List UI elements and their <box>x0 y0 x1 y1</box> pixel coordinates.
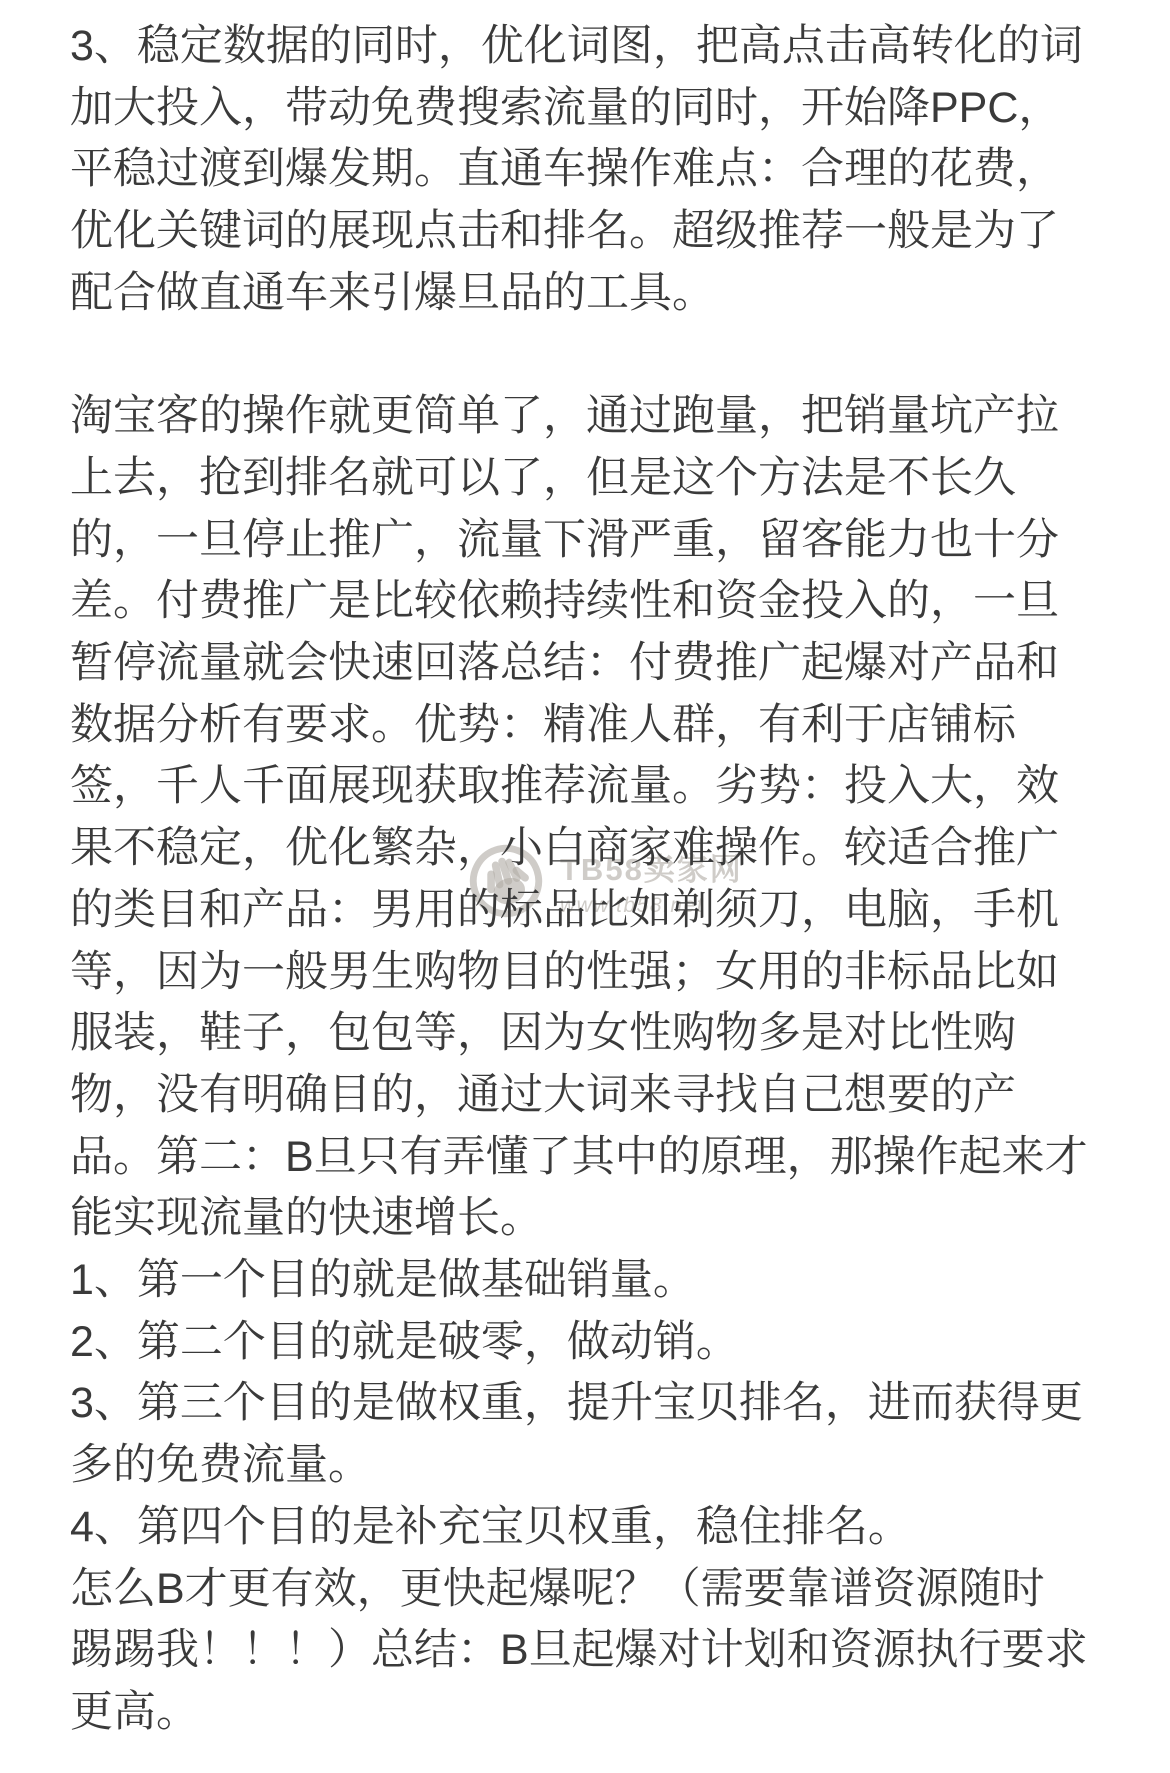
text-line: 物，没有明确目的，通过大词来寻找自己想要的产 <box>70 1065 1115 1127</box>
text-line: 配合做直通车来引爆旦品的工具。 <box>70 263 1115 325</box>
text-line: 多的免费流量。 <box>70 1435 1115 1497</box>
text-line: 签，千人千面展现获取推荐流量。劣势：投入大，效 <box>70 756 1115 818</box>
text-line: 果不稳定，优化繁杂，小白商家难操作。较适合推广 <box>70 818 1115 880</box>
text-line: 2、第二个目的就是破零，做动销。 <box>70 1312 1115 1374</box>
text-line: 踢踢我！！！）总结：B旦起爆对计划和资源执行要求 <box>70 1620 1115 1682</box>
page: TB58卖家网 www.tb58.net 3、稳定数据的同时，优化词图，把高点击… <box>0 0 1170 1773</box>
text-line: 3、第三个目的是做权重，提升宝贝排名，进而获得更 <box>70 1373 1115 1435</box>
text-line: 平稳过渡到爆发期。直通车操作难点：合理的花费， <box>70 139 1115 201</box>
text-line: 数据分析有要求。优势：精准人群，有利于店铺标 <box>70 695 1115 757</box>
document-body: 3、稳定数据的同时，优化词图，把高点击高转化的词加大投入，带动免费搜索流量的同时… <box>70 16 1115 1744</box>
text-line: 1、第一个目的就是做基础销量。 <box>70 1250 1115 1312</box>
text-line: 更高。 <box>70 1682 1115 1744</box>
text-line: 怎么B才更有效，更快起爆呢？（需要靠谱资源随时 <box>70 1559 1115 1621</box>
text-line: 加大投入，带动免费搜索流量的同时，开始降PPC， <box>70 78 1115 140</box>
text-line: 的类目和产品：男用的标品比如剃须刀，电脑，手机 <box>70 880 1115 942</box>
text-line: 服装，鞋子，包包等，因为女性购物多是对比性购 <box>70 1003 1115 1065</box>
text-line: 上去，抢到排名就可以了，但是这个方法是不长久 <box>70 448 1115 510</box>
text-line: 的，一旦停止推广，流量下滑严重，留客能力也十分 <box>70 510 1115 572</box>
text-line: 3、稳定数据的同时，优化词图，把高点击高转化的词 <box>70 16 1115 78</box>
text-line: 等，因为一般男生购物目的性强；女用的非标品比如 <box>70 942 1115 1004</box>
text-line: 品。第二：B旦只有弄懂了其中的原理，那操作起来才 <box>70 1127 1115 1189</box>
text-line <box>70 325 1115 387</box>
text-line: 淘宝客的操作就更简单了，通过跑量，把销量坑产拉 <box>70 386 1115 448</box>
text-line: 优化关键词的展现点击和排名。超级推荐一般是为了 <box>70 201 1115 263</box>
text-line: 暂停流量就会快速回落总结：付费推广起爆对产品和 <box>70 633 1115 695</box>
text-line: 差。付费推广是比较依赖持续性和资金投入的，一旦 <box>70 571 1115 633</box>
text-line: 4、第四个目的是补充宝贝权重，稳住排名。 <box>70 1497 1115 1559</box>
text-line: 能实现流量的快速增长。 <box>70 1188 1115 1250</box>
